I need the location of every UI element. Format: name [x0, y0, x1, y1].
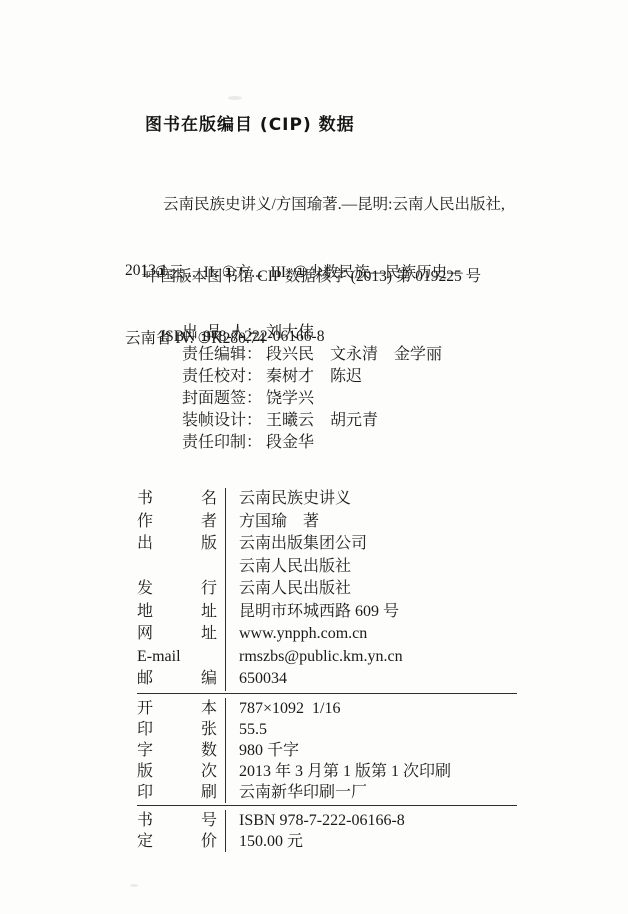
colophon-row-label: 发行: [137, 578, 217, 601]
credit-names: 刘大伟: [266, 324, 314, 341]
cip-entry-line1: 云南民族史讲义/方国瑜著.—昆明:云南人民出版社,: [125, 194, 525, 216]
colophon-row-label: 书名: [137, 488, 217, 511]
colophon-row: 开本 787×1092 1/16: [137, 698, 517, 719]
scan-smudge: [228, 96, 242, 100]
colophon-row: 字数 980 千字: [137, 740, 517, 761]
credit-colon: ：: [246, 322, 262, 344]
credit-row: 责任印制：段金华: [182, 432, 522, 454]
colophon-row-label: 作者: [137, 511, 217, 534]
scan-smudge: [130, 884, 138, 887]
colophon-row: 作者 方国瑜 著: [137, 511, 517, 534]
credit-names: 段兴民 文永清 金学丽: [266, 346, 442, 363]
colophon-row: 邮编 650034: [137, 668, 517, 691]
credit-names: 饶学兴: [266, 390, 314, 407]
colophon-row-value: 云南民族史讲义: [225, 488, 517, 511]
colophon-row-value: rmszbs@public.km.yn.cn: [225, 646, 517, 669]
credit-colon: ：: [246, 388, 262, 410]
colophon-row-label: 开本: [137, 698, 217, 719]
colophon-row: 发行 云南人民出版社: [137, 578, 517, 601]
colophon-group-price: 书号 ISBN 978-7-222-06166-8 定价 150.00 元: [137, 810, 517, 852]
colophon-row-value: 云南新华印刷一厂: [225, 782, 517, 803]
colophon-row-label: 印刷: [137, 782, 217, 803]
credit-names: 段金华: [266, 434, 314, 451]
colophon-group-printing: 开本 787×1092 1/16 印张 55.5 字数 980 千字 版次 20…: [137, 698, 517, 803]
colophon-row-label: 邮编: [137, 668, 217, 691]
credit-role-label: 责任校对: [182, 366, 246, 388]
colophon-row: 版次 2013 年 3 月第 1 版第 1 次印刷: [137, 761, 517, 782]
colophon-row-value: 787×1092 1/16: [225, 698, 517, 719]
credits-block: 出品人：刘大伟 责任编辑：段兴民 文永清 金学丽 责任校对：秦树才 陈迟 封面题…: [182, 322, 522, 454]
credit-role-label: 责任印制: [182, 432, 246, 454]
colophon-row-value: www.ynpph.com.cn: [225, 623, 517, 646]
cip-header: 图书在版编目 (CIP) 数据: [145, 110, 355, 135]
colophon-row: 地址 昆明市环城西路 609 号: [137, 601, 517, 624]
credit-row: 责任校对：秦树才 陈迟: [182, 366, 522, 388]
colophon-row-value: 2013 年 3 月第 1 版第 1 次印刷: [225, 761, 517, 782]
colophon-row-value: 55.5: [225, 719, 517, 740]
credit-role-label: 封面题签: [182, 388, 246, 410]
credit-row: 出品人：刘大伟: [182, 322, 522, 344]
colophon-row-label: E-mail: [137, 646, 217, 669]
colophon-row-value: 方国瑜 著: [225, 511, 517, 534]
credit-colon: ：: [246, 410, 262, 432]
colophon-row: 印刷 云南新华印刷一厂: [137, 782, 517, 803]
colophon-row: 定价 150.00 元: [137, 831, 517, 852]
colophon-row: 出版 云南出版集团公司云南人民出版社: [137, 533, 517, 578]
credit-colon: ：: [246, 432, 262, 454]
colophon-row-label: 字数: [137, 740, 217, 761]
colophon-table: 书名 云南民族史讲义 作者 方国瑜 著 出版 云南出版集团公司云南人民出版社 发…: [137, 488, 517, 852]
credit-row: 责任编辑：段兴民 文永清 金学丽: [182, 344, 522, 366]
colophon-row: 书名 云南民族史讲义: [137, 488, 517, 511]
credit-names: 秦树才 陈迟: [266, 368, 362, 385]
credit-row: 封面题签：饶学兴: [182, 388, 522, 410]
colophon-row-label: 印张: [137, 719, 217, 740]
colophon-row: 网址 www.ynpph.com.cn: [137, 623, 517, 646]
colophon-row-label: 书号: [137, 810, 217, 831]
credit-role-label: 责任编辑: [182, 344, 246, 366]
colophon-row-value: 650034: [225, 668, 517, 691]
colophon-row: E-mail rmszbs@public.km.yn.cn: [137, 646, 517, 669]
colophon-row-value: ISBN 978-7-222-06166-8: [225, 810, 517, 831]
colophon-row-label: 出版: [137, 533, 217, 556]
colophon-row-value: 150.00 元: [225, 831, 517, 852]
colophon-row-label: 定价: [137, 831, 217, 852]
credit-role-label: 出品人: [182, 322, 246, 344]
credit-colon: ：: [246, 344, 262, 366]
colophon-group-publisher: 书名 云南民族史讲义 作者 方国瑜 著 出版 云南出版集团公司云南人民出版社 发…: [137, 488, 517, 691]
colophon-row-value: 昆明市环城西路 609 号: [225, 601, 517, 624]
book-copyright-page: 图书在版编目 (CIP) 数据 云南民族史讲义/方国瑜著.—昆明:云南人民出版社…: [0, 0, 628, 914]
colophon-row: 书号 ISBN 978-7-222-06166-8: [137, 810, 517, 831]
cip-record-note: 中国版本图书馆 CIP 数据核字 (2013) 第 019225 号: [145, 266, 565, 288]
colophon-row-value: 980 千字: [225, 740, 517, 761]
colophon-row-label: 地址: [137, 601, 217, 624]
colophon-row-value: 云南出版集团公司云南人民出版社: [225, 533, 517, 578]
credit-colon: ：: [246, 366, 262, 388]
colophon-row-label: 版次: [137, 761, 217, 782]
divider-rule: [137, 805, 517, 806]
colophon-row: 印张 55.5: [137, 719, 517, 740]
colophon-row-label: 网址: [137, 623, 217, 646]
credit-role-label: 装帧设计: [182, 410, 246, 432]
credit-names: 王曦云 胡元青: [266, 412, 378, 429]
colophon-row-value: 云南人民出版社: [225, 578, 517, 601]
divider-rule: [137, 693, 517, 694]
credit-row: 装帧设计：王曦云 胡元青: [182, 410, 522, 432]
